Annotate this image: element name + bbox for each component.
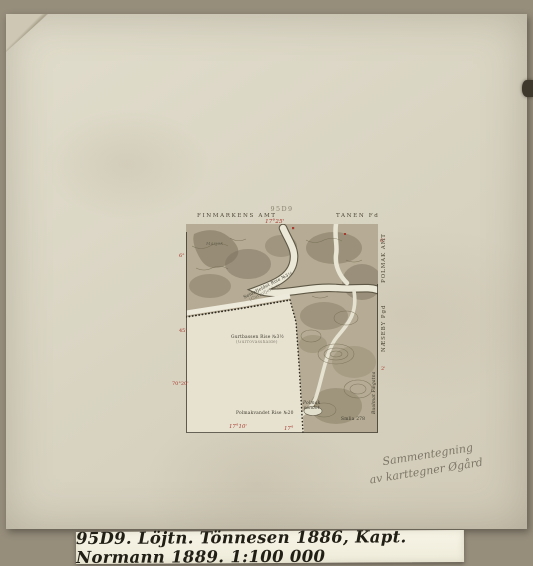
map-header-fjord: TANEN Fd <box>336 213 379 219</box>
caption-label-strip: 95D9. Löjtn. Tönnesen 1886, Kapt. Norman… <box>76 530 464 564</box>
sheet-ref-center: Gurtbassen Rise №3½ (Gurrovasshalde) <box>231 335 284 345</box>
latitude-left-bottom: 70°20' <box>172 381 189 387</box>
hill-label-smlia: Smlia 278 <box>341 417 365 422</box>
map-sheet-number: 95D9 <box>186 205 378 213</box>
edge-clip-mark <box>522 80 533 97</box>
latitude-left-top: 6° <box>179 253 185 259</box>
latitude-right-mid: 2' <box>381 366 386 372</box>
sheet-ref-center-line2: (Gurrovasshalde) <box>236 340 284 345</box>
lake-label-line2: vandet <box>303 406 320 411</box>
longitude-bottom-mid: 17° <box>284 426 294 432</box>
caption-text: 95D9. Löjtn. Tönnesen 1886, Kapt. Norman… <box>76 527 464 566</box>
lake-label: Polmak vandet <box>303 401 320 411</box>
scanned-map-page: { "colors": { "red_accent": "#a63c30", "… <box>0 0 533 566</box>
sheet-ref-bottom: Polmakvandet Rise №20 <box>236 411 294 416</box>
place-label-masjok: Masjok <box>206 242 223 247</box>
map-terrain-art <box>186 224 378 433</box>
latitude-left-mid: 45' <box>179 328 187 334</box>
right-margin-region-labels: NÆSEBY Pgd POLMAK AMT <box>381 233 387 352</box>
river-name-vertical: Buolmat Fægatna <box>372 371 377 414</box>
longitude-bottom-left: 17°10' <box>229 424 247 430</box>
